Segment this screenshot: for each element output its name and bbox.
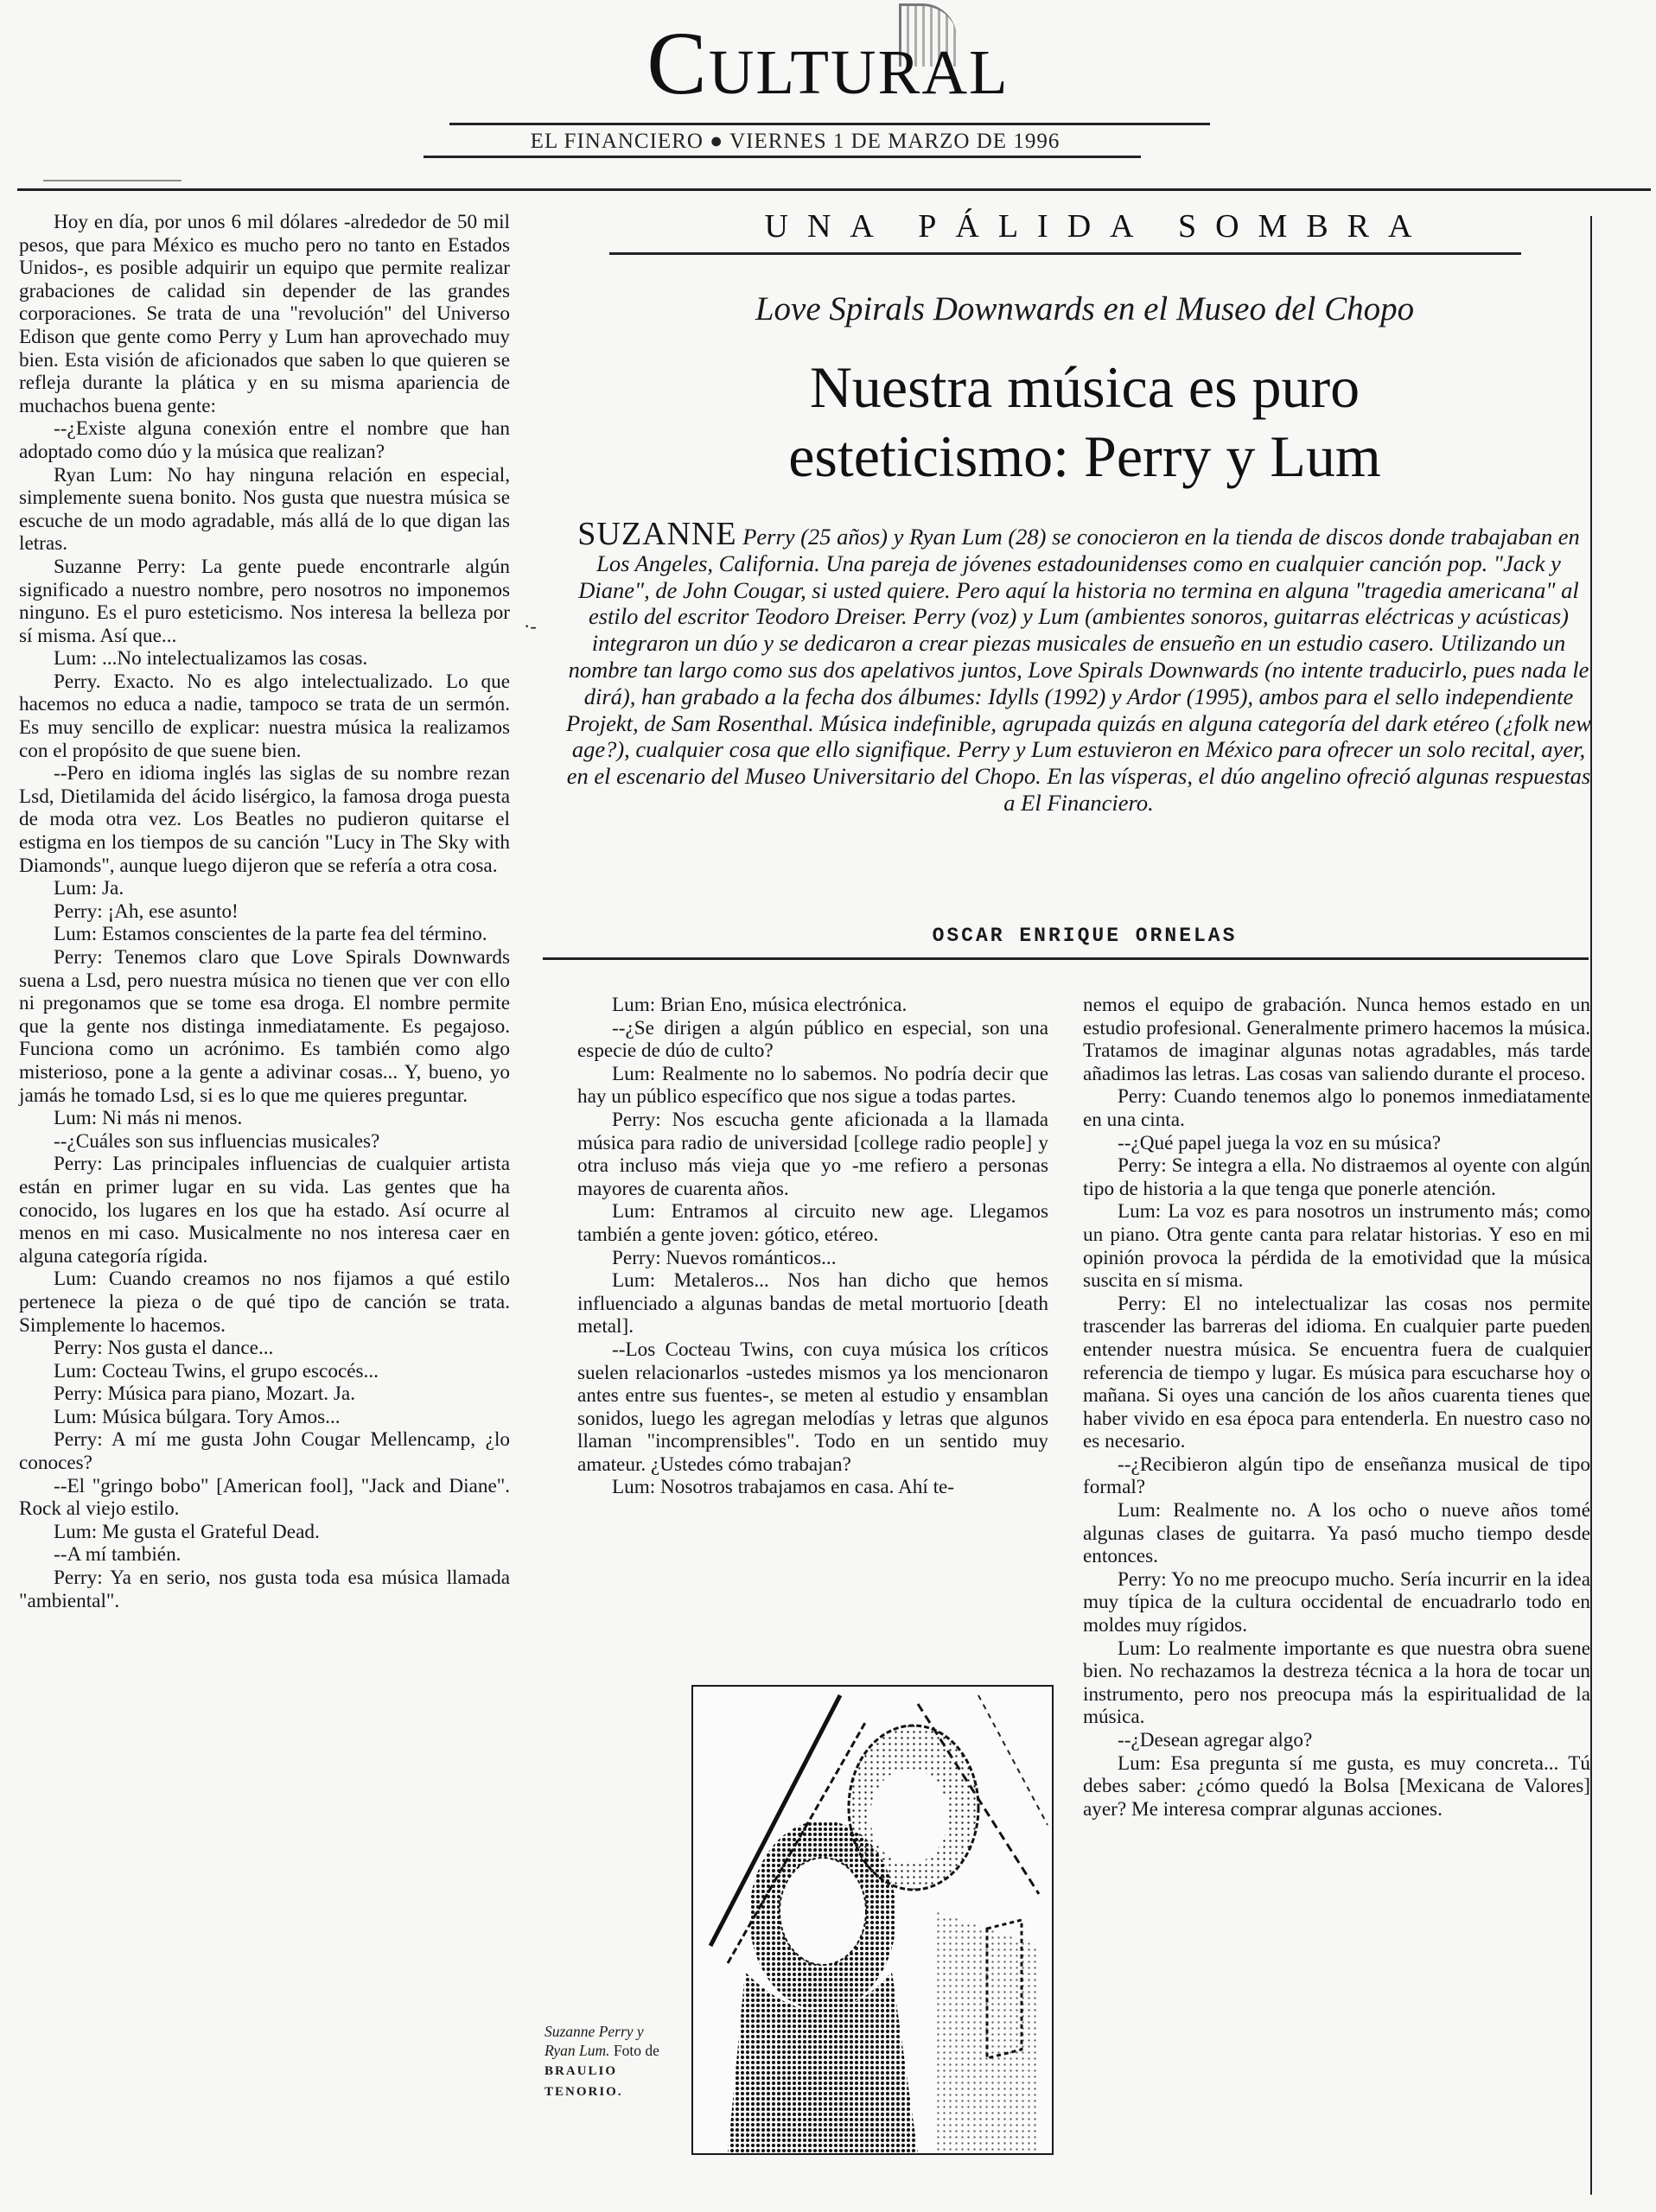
paragraph: --¿Desean agregar algo?: [1083, 1729, 1590, 1752]
paragraph: --¿Existe alguna conexión entre el nombr…: [19, 417, 510, 463]
paragraph: Perry: Las principales influencias de cu…: [19, 1153, 510, 1268]
paragraph: --¿Qué papel juega la voz en su música?: [1083, 1132, 1590, 1155]
paragraph: Lum: La voz es para nosotros un instrume…: [1083, 1200, 1590, 1292]
dateline: EL FINANCIERO ● VIERNES 1 DE MARZO DE 19…: [449, 130, 1141, 154]
paragraph: Lum: Ni más ni menos.: [19, 1107, 510, 1130]
page-top-rule-short: [43, 180, 182, 181]
paragraph: Perry: Nos gusta el dance...: [19, 1337, 510, 1360]
paragraph: Perry: Tenemos claro que Love Spirals Do…: [19, 946, 510, 1107]
paragraph: Lum: Estamos conscientes de la parte fea…: [19, 923, 510, 946]
paragraph: --¿Recibieron algún tipo de enseñanza mu…: [1083, 1453, 1590, 1499]
intro-text: Perry (25 años) y Ryan Lum (28) se conoc…: [566, 524, 1591, 816]
paragraph: Perry: ¡Ah, ese asunto!: [19, 900, 510, 924]
paragraph: Perry: A mí me gusta John Cougar Mellenc…: [19, 1428, 510, 1474]
right-border-line: [1590, 216, 1592, 2195]
paragraph: Lum: Realmente no. A los ocho o nueve añ…: [1083, 1499, 1590, 1568]
caption-credit: BRAULIO TENORIO.: [545, 2064, 623, 2099]
paragraph: Perry: Ya en serio, nos gusta toda esa m…: [19, 1567, 510, 1612]
paragraph: Lum: Nosotros trabajamos en casa. Ahí te…: [577, 1476, 1048, 1499]
paragraph: Lum: Metaleros... Nos han dicho que hemo…: [577, 1269, 1048, 1338]
paragraph: Perry: Se integra a ella. No distraemos …: [1083, 1154, 1590, 1200]
intro-dropcap: SUZANNE: [577, 516, 736, 552]
middle-column: Lum: Brian Eno, música electrónica. --¿S…: [577, 994, 1048, 1499]
paragraph: Perry. Exacto. No es algo intelectualiza…: [19, 671, 510, 762]
masthead-rule-top: [449, 123, 1210, 125]
left-column: Hoy en día, por unos 6 mil dólares -alre…: [19, 211, 510, 1612]
intro-paragraph: SUZANNE Perry (25 años) y Ryan Lum (28) …: [560, 521, 1597, 817]
paragraph: Perry: Cuando tenemos algo lo ponemos in…: [1083, 1085, 1590, 1131]
kicker-rule: [609, 252, 1521, 255]
paragraph: --A mí también.: [19, 1543, 510, 1567]
kicker: UNA PÁLIDA SOMBRA: [674, 207, 1521, 245]
paragraph: --¿Cuáles son sus influencias musicales?: [19, 1130, 510, 1154]
right-column: nemos el equipo de grabación. Nunca hemo…: [1083, 994, 1590, 1821]
page-top-rule: [17, 188, 1651, 191]
headline-line-1: Nuestra música es puro: [596, 353, 1573, 422]
paragraph: Lum: Ja.: [19, 877, 510, 900]
photo-perry-lum: [691, 1685, 1054, 2155]
headline-line-2: esteticismo: Perry y Lum: [596, 422, 1573, 491]
halftone-portrait-image: [693, 1687, 1052, 2153]
paragraph: Lum: Esa pregunta sí me gusta, es muy co…: [1083, 1752, 1590, 1821]
photo-caption: Suzanne Perry y Ryan Lum. Foto de BRAULI…: [545, 2022, 674, 2101]
paragraph: Lum: Lo realmente importante es que nues…: [1083, 1637, 1590, 1729]
section-title: Cultural: [0, 19, 1656, 109]
paragraph: Lum: Música búlgara. Tory Amos...: [19, 1406, 510, 1429]
byline-rule: [543, 957, 1589, 960]
paragraph: Perry: Música para piano, Mozart. Ja.: [19, 1382, 510, 1406]
paragraph: --¿Se dirigen a algún público en especia…: [577, 1017, 1048, 1063]
paragraph: Lum: Entramos al circuito new age. Llega…: [577, 1200, 1048, 1246]
paragraph: --Pero en idioma inglés las siglas de su…: [19, 762, 510, 877]
caption-credit-prefix: Foto de: [614, 2042, 659, 2059]
paragraph: Lum: ...No intelectualizamos las cosas.: [19, 647, 510, 671]
paragraph: Lum: Brian Eno, música electrónica.: [577, 994, 1048, 1017]
paragraph: Lum: Cocteau Twins, el grupo escocés...: [19, 1360, 510, 1383]
masthead-rule-bottom: [424, 156, 1141, 158]
paragraph: Perry: El no intelectualizar las cosas n…: [1083, 1293, 1590, 1453]
paragraph: --Los Cocteau Twins, con cuya música los…: [577, 1338, 1048, 1477]
paragraph: Perry: Nos escucha gente aficionada a la…: [577, 1109, 1048, 1200]
paragraph: Perry: Nuevos románticos...: [577, 1247, 1048, 1270]
paragraph: --El "gringo bobo" [American fool], "Jac…: [19, 1475, 510, 1521]
paragraph: Ryan Lum: No hay ninguna relación en esp…: [19, 464, 510, 556]
subheadline: Love Spirals Downwards en el Museo del C…: [596, 289, 1573, 328]
paragraph: Lum: Cuando creamos no nos fijamos a qué…: [19, 1268, 510, 1337]
paragraph: Suzanne Perry: La gente puede encontrarl…: [19, 556, 510, 647]
margin-mark: ·-: [524, 615, 537, 638]
paragraph: Lum: Realmente no lo sabemos. No podría …: [577, 1063, 1048, 1109]
paragraph: Hoy en día, por unos 6 mil dólares -alre…: [19, 211, 510, 417]
paragraph: Lum: Me gusta el Grateful Dead.: [19, 1521, 510, 1544]
byline: OSCAR ENRIQUE ORNELAS: [553, 925, 1616, 947]
paragraph: nemos el equipo de grabación. Nunca hemo…: [1083, 994, 1590, 1085]
headline: Nuestra música es puro esteticismo: Perr…: [596, 353, 1573, 491]
paragraph: Perry: Yo no me preocupo mucho. Sería in…: [1083, 1568, 1590, 1637]
